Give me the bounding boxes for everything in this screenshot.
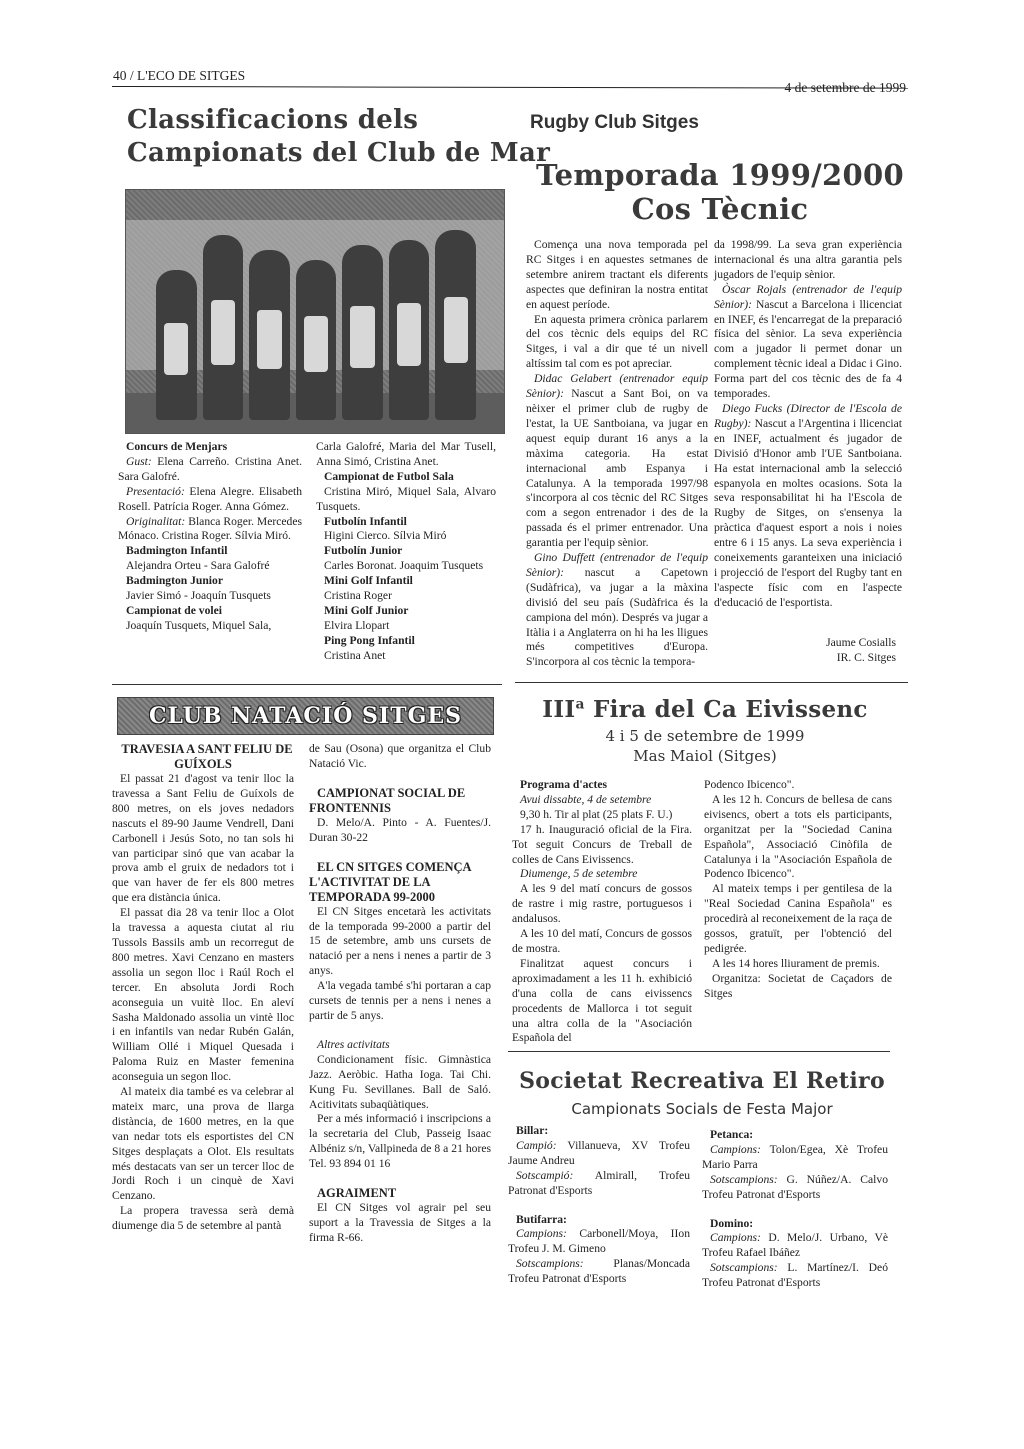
paragraph-text: El CN Sitges vol agrair pel seu suport a…: [309, 1201, 491, 1244]
paragraph: Cristina Roger: [316, 589, 496, 604]
paragraph-text: A les 10 del matí, Concurs de gossos de …: [512, 927, 692, 955]
paragraph-text: 17 h. Inauguració oficial de la Fira. To…: [512, 823, 692, 866]
paragraph: Higini Cierco. Sílvia Miró: [316, 529, 496, 544]
subheading: TRAVESIA A SANT FELIU DE GUÍXOLS: [112, 742, 294, 772]
paragraph-text: AGRAIMENT: [317, 1186, 396, 1200]
paragraph-text: El passat 21 d'agost va tenir lloc la tr…: [112, 772, 294, 904]
paragraph-text: Comença una nova temporada pel RC Sitges…: [526, 238, 708, 311]
paragraph: Campions: Tolon/Egea, Xè Trofeu Mario Pa…: [702, 1143, 888, 1173]
paragraph-text: Campionat de Futbol Sala: [324, 470, 454, 483]
rugby-col-right: da 1998/99. La seva gran experiència int…: [714, 238, 902, 611]
paragraph: Al mateix temps i per gentilesa de la "R…: [704, 882, 892, 957]
paragraph-label: Sotscampió:: [516, 1169, 573, 1182]
paragraph: Carles Boronat. Joaquim Tusquets: [316, 559, 496, 574]
rugby-col-left: Comença una nova temporada pel RC Sitges…: [526, 238, 708, 670]
paragraph-text: Al mateix dia també es va celebrar al ma…: [112, 1085, 294, 1202]
rugby-headline-line-2: Cos Tècnic: [520, 192, 920, 226]
paragraph-text: Concurs de Menjars: [126, 440, 227, 453]
paragraph: Sotscampions: G. Núñez/A. Calvo Trofeu P…: [702, 1173, 888, 1203]
paragraph-text: La propera travessa serà demà diumenge d…: [112, 1204, 294, 1232]
paragraph-text: Javier Simó - Joaquín Tusquets: [126, 589, 271, 602]
paragraph: Sotscampions: L. Martínez/I. Deó Trofeu …: [702, 1261, 888, 1291]
paragraph-text: de Sau (Osona) que organitza el Club Nat…: [309, 742, 491, 770]
subheading: Futbolín Infantil: [316, 515, 496, 530]
paragraph: El passat dia 28 va tenir lloc a Olot la…: [112, 906, 294, 1085]
paragraph-text: A les 14 hores lliurament de premis.: [712, 957, 880, 970]
paragraph-text: Avui dissabte, 4 de setembre: [520, 793, 651, 806]
paragraph: A les 12 h. Concurs de bellesa de cans e…: [704, 793, 892, 882]
spacer: [309, 772, 491, 786]
paragraph-text: da 1998/99. La seva gran experiència int…: [714, 238, 902, 281]
rugby-kicker: Rugby Club Sitges: [530, 112, 699, 134]
paragraph: Carla Galofré, Maria del Mar Tusell, Ann…: [316, 440, 496, 470]
paragraph-text: Joaquín Tusquets, Miquel Sala,: [126, 619, 271, 632]
paragraph: El CN Sitges encetarà les activitats de …: [309, 905, 491, 980]
club-de-mar-col-right: Carla Galofré, Maria del Mar Tusell, Ann…: [316, 440, 496, 664]
paragraph-label: Presentació:: [126, 485, 185, 498]
paragraph-text: A'la vegada també s'hi portaran a cap cu…: [309, 979, 491, 1022]
paragraph-text: Organitza: Societat de Caçadors de Sitge…: [704, 972, 892, 1000]
page-label: 40 / L'ECO DE SITGES: [113, 68, 245, 84]
subheading: AGRAIMENT: [309, 1186, 491, 1201]
paragraph: A les 14 hores lliurament de premis.: [704, 957, 892, 972]
paragraph-text: nascut a Capetown (Sudàfrica), va jugar …: [526, 566, 708, 668]
subheading: Programa d'actes: [512, 778, 692, 793]
paragraph-text: Petanca:: [710, 1128, 753, 1141]
paragraph: A les 9 del matí concurs de gossos de ra…: [512, 882, 692, 927]
paragraph-label: Gust:: [126, 455, 152, 468]
paragraph-text: Butifarra:: [516, 1213, 567, 1226]
fira-place: Mas Maiol (Sitges): [515, 746, 895, 766]
paragraph: Originalitat: Blanca Roger. Mercedes Món…: [118, 515, 302, 545]
club-natacio-banner: CLUB NATACIÓ SITGES: [117, 697, 494, 735]
paragraph-text: Mini Golf Infantil: [324, 574, 413, 587]
paragraph-label: Sotscampions:: [516, 1257, 584, 1270]
paragraph-text: A les 12 h. Concurs de bellesa de cans e…: [704, 793, 892, 881]
divider: [515, 682, 908, 683]
paragraph: Javier Simó - Joaquín Tusquets: [118, 589, 302, 604]
paragraph-text: Futbolín Infantil: [324, 515, 407, 528]
subheading: Avui dissabte, 4 de setembre: [512, 793, 692, 808]
paragraph-text: Nascut a Sant Boi, on va nèixer el prime…: [526, 387, 708, 549]
paragraph-text: 9,30 h. Tir al plat (25 plats F. U.): [520, 808, 672, 821]
paragraph: El passat 21 d'agost va tenir lloc la tr…: [112, 772, 294, 906]
retiro-col-right: Petanca:Campions: Tolon/Egea, Xè Trofeu …: [702, 1128, 888, 1291]
paragraph: da 1998/99. La seva gran experiència int…: [714, 238, 902, 283]
fira-col-left: Programa d'actesAvui dissabte, 4 de sete…: [512, 778, 692, 1046]
paragraph-text: Domino:: [710, 1217, 753, 1230]
paragraph: En aquesta primera crònica parlarem del …: [526, 313, 708, 373]
paragraph-text: EL CN SITGES COMENÇA L'ACTIVITAT DE LA T…: [309, 860, 471, 904]
subheading: Mini Golf Junior: [316, 604, 496, 619]
paragraph: Sotscampió: Almirall, Trofeu Patronat d'…: [508, 1169, 690, 1199]
paragraph: Organitza: Societat de Caçadors de Sitge…: [704, 972, 892, 1002]
photo-people: [156, 230, 476, 420]
paragraph-text: Alejandra Orteu - Sara Galofré: [126, 559, 270, 572]
divider: [508, 1051, 890, 1052]
paragraph-text: Campionat de volei: [126, 604, 222, 617]
signature-name: Jaume Cosialls: [714, 636, 896, 651]
paragraph-text: Mini Golf Junior: [324, 604, 408, 617]
subheading: Campionat de Futbol Sala: [316, 470, 496, 485]
paragraph-text: Badmington Infantil: [126, 544, 227, 557]
signature-org: IR. C. Sitges: [714, 651, 896, 666]
paragraph: de Sau (Osona) que organitza el Club Nat…: [309, 742, 491, 772]
subheading: Billar:: [508, 1124, 690, 1139]
spacer: [309, 846, 491, 860]
paragraph-label: Originalitat:: [126, 515, 185, 528]
paragraph: Cristina Miró, Miquel Sala, Alvaro Tusqu…: [316, 485, 496, 515]
paragraph-text: A les 9 del matí concurs de gossos de ra…: [512, 882, 692, 925]
group-photo: [125, 189, 505, 434]
subheading: Concurs de Menjars: [118, 440, 302, 455]
paragraph-text: Finalitzat aquest concurs i aproximadame…: [512, 957, 692, 1045]
subheading: Campionat de volei: [118, 604, 302, 619]
paragraph-text: El CN Sitges encetarà les activitats de …: [309, 905, 491, 978]
natacio-col-right: de Sau (Osona) que organitza el Club Nat…: [309, 742, 491, 1246]
paragraph-text: TRAVESIA A SANT FELIU DE GUÍXOLS: [121, 742, 292, 771]
spacer: [309, 1172, 491, 1186]
paragraph-text: Per a més informació i inscripcions a la…: [309, 1112, 491, 1170]
paragraph-text: D. Melo/A. Pinto - A. Fuentes/J. Duran 3…: [309, 816, 491, 844]
paragraph: D. Melo/A. Pinto - A. Fuentes/J. Duran 3…: [309, 816, 491, 846]
paragraph-text: El passat dia 28 va tenir lloc a Olot la…: [112, 906, 294, 1083]
paragraph: Cristina Anet: [316, 649, 496, 664]
divider: [112, 684, 502, 685]
paragraph-text: Cristina Roger: [324, 589, 392, 602]
subheading: Futbolín Junior: [316, 544, 496, 559]
club-de-mar-headline: Classificacions dels Campionats del Club…: [127, 104, 550, 170]
subheading: Ping Pong Infantil: [316, 634, 496, 649]
paragraph-text: Ping Pong Infantil: [324, 634, 415, 647]
natacio-col-left: TRAVESIA A SANT FELIU DE GUÍXOLSEl passa…: [112, 742, 294, 1234]
paragraph: 9,30 h. Tir al plat (25 plats F. U.): [512, 808, 692, 823]
fira-subheading: 4 i 5 de setembre de 1999 Mas Maiol (Sit…: [515, 726, 895, 766]
paragraph: Campions: D. Melo/J. Urbano, Vè Trofeu R…: [702, 1231, 888, 1261]
paragraph: Finalitzat aquest concurs i aproximadame…: [512, 957, 692, 1046]
paragraph-text: Badmington Junior: [126, 574, 223, 587]
paragraph-text: Diumenge, 5 de setembre: [520, 867, 637, 880]
paragraph: La propera travessa serà demà diumenge d…: [112, 1204, 294, 1234]
paragraph: 17 h. Inauguració oficial de la Fira. To…: [512, 823, 692, 868]
paragraph: El CN Sitges vol agrair pel seu suport a…: [309, 1201, 491, 1246]
spacer: [309, 1024, 491, 1038]
paragraph-text: Programa d'actes: [520, 778, 607, 791]
paragraph-text: Condicionament físic. Gimnàstica Jazz. A…: [309, 1053, 491, 1111]
paragraph-text: CAMPIONAT SOCIAL DE FRONTENNIS: [309, 786, 465, 815]
spacer: [702, 1203, 888, 1217]
paragraph: Podenco Ibicenco".: [704, 778, 892, 793]
retiro-col-left: Billar:Campió: Villanueva, XV Trofeu Jau…: [508, 1124, 690, 1287]
retiro-headline: Societat Recreativa El Retiro: [507, 1068, 897, 1094]
paragraph: Joaquín Tusquets, Miquel Sala,: [118, 619, 302, 634]
paragraph-label: Sotscampions:: [710, 1173, 778, 1186]
paragraph-text: Elvira Llopart: [324, 619, 389, 632]
paragraph-text: Carles Boronat. Joaquim Tusquets: [324, 559, 483, 572]
subheading: Butifarra:: [508, 1213, 690, 1228]
fira-col-right: Podenco Ibicenco".A les 12 h. Concurs de…: [704, 778, 892, 1002]
subheading: CAMPIONAT SOCIAL DE FRONTENNIS: [309, 786, 491, 816]
rugby-headline-line-1: Temporada 1999/2000: [520, 158, 920, 192]
fira-headline: IIIa Fira del Ca Eivissenc: [515, 696, 895, 723]
paragraph-text: Billar:: [516, 1124, 548, 1137]
spacer: [508, 1199, 690, 1213]
paragraph: Al mateix dia també es va celebrar al ma…: [112, 1085, 294, 1204]
paragraph-label: Campions:: [516, 1227, 567, 1240]
fira-date: 4 i 5 de setembre de 1999: [515, 726, 895, 746]
paragraph-label: Campions:: [710, 1231, 761, 1244]
paragraph-text: Nascut a Barcelona i llicenciat en INEF,…: [714, 298, 902, 400]
paragraph: Per a més informació i inscripcions a la…: [309, 1112, 491, 1172]
paragraph-label: Campió:: [516, 1139, 557, 1152]
subheading: Altres activitats: [309, 1038, 491, 1053]
paragraph: A'la vegada també s'hi portaran a cap cu…: [309, 979, 491, 1024]
subheading: Mini Golf Infantil: [316, 574, 496, 589]
subheading: Badmington Junior: [118, 574, 302, 589]
paragraph: Gino Duffett (entrenador de l'equip Sèni…: [526, 551, 708, 670]
paragraph: Presentació: Elena Alegre. Elisabeth Ros…: [118, 485, 302, 515]
paragraph: Condicionament físic. Gimnàstica Jazz. A…: [309, 1053, 491, 1113]
paragraph: A les 10 del matí, Concurs de gossos de …: [512, 927, 692, 957]
paragraph-text: Futbolín Junior: [324, 544, 402, 557]
paragraph: Elvira Llopart: [316, 619, 496, 634]
paragraph: Alejandra Orteu - Sara Galofré: [118, 559, 302, 574]
paragraph: Comença una nova temporada pel RC Sitges…: [526, 238, 708, 313]
paragraph-text: En aquesta primera crònica parlarem del …: [526, 313, 708, 371]
subheading: Diumenge, 5 de setembre: [512, 867, 692, 882]
subheading: EL CN SITGES COMENÇA L'ACTIVITAT DE LA T…: [309, 860, 491, 905]
paragraph: Gust: Elena Carreño. Cristina Anet. Sara…: [118, 455, 302, 485]
paragraph-text: Al mateix temps i per gentilesa de la "R…: [704, 882, 892, 955]
paragraph-label: Sotscampions:: [710, 1261, 778, 1274]
headline-line-1: Classificacions dels: [127, 104, 550, 137]
paragraph: Campions: Carbonell/Moya, IIon Trofeu J.…: [508, 1227, 690, 1257]
paragraph-text: Carla Galofré, Maria del Mar Tusell, Ann…: [316, 440, 496, 468]
paragraph-label: Campions:: [710, 1143, 761, 1156]
subheading: Badmington Infantil: [118, 544, 302, 559]
paragraph: Didac Gelabert (entrenador equip Sènior)…: [526, 372, 708, 551]
paragraph: Òscar Rojals (entrenador de l'equip Sèni…: [714, 283, 902, 402]
paragraph-text: Cristina Miró, Miquel Sala, Alvaro Tusqu…: [316, 485, 496, 513]
club-de-mar-col-left: Concurs de MenjarsGust: Elena Carreño. C…: [118, 440, 302, 634]
paragraph-text: Altres activitats: [317, 1038, 390, 1051]
subheading: Domino:: [702, 1217, 888, 1232]
rugby-headline: Temporada 1999/2000 Cos Tècnic: [520, 158, 920, 226]
retiro-subheading: Campionats Socials de Festa Major: [507, 1100, 897, 1118]
paragraph: Sotscampions: Planas/Moncada Trofeu Patr…: [508, 1257, 690, 1287]
paragraph-text: Higini Cierco. Sílvia Miró: [324, 529, 446, 542]
subheading: Petanca:: [702, 1128, 888, 1143]
paragraph: Campió: Villanueva, XV Trofeu Jaume Andr…: [508, 1139, 690, 1169]
paragraph-text: Podenco Ibicenco".: [704, 778, 794, 791]
paragraph-text: Cristina Anet: [324, 649, 386, 662]
headline-line-2: Campionats del Club de Mar: [127, 137, 550, 170]
paragraph: Diego Fucks (Director de l'Escola de Rug…: [714, 402, 902, 611]
rugby-signature: Jaume Cosialls IR. C. Sitges: [714, 636, 896, 666]
paragraph-text: Nascut a l'Argentina i llicenciat en INE…: [714, 417, 902, 609]
